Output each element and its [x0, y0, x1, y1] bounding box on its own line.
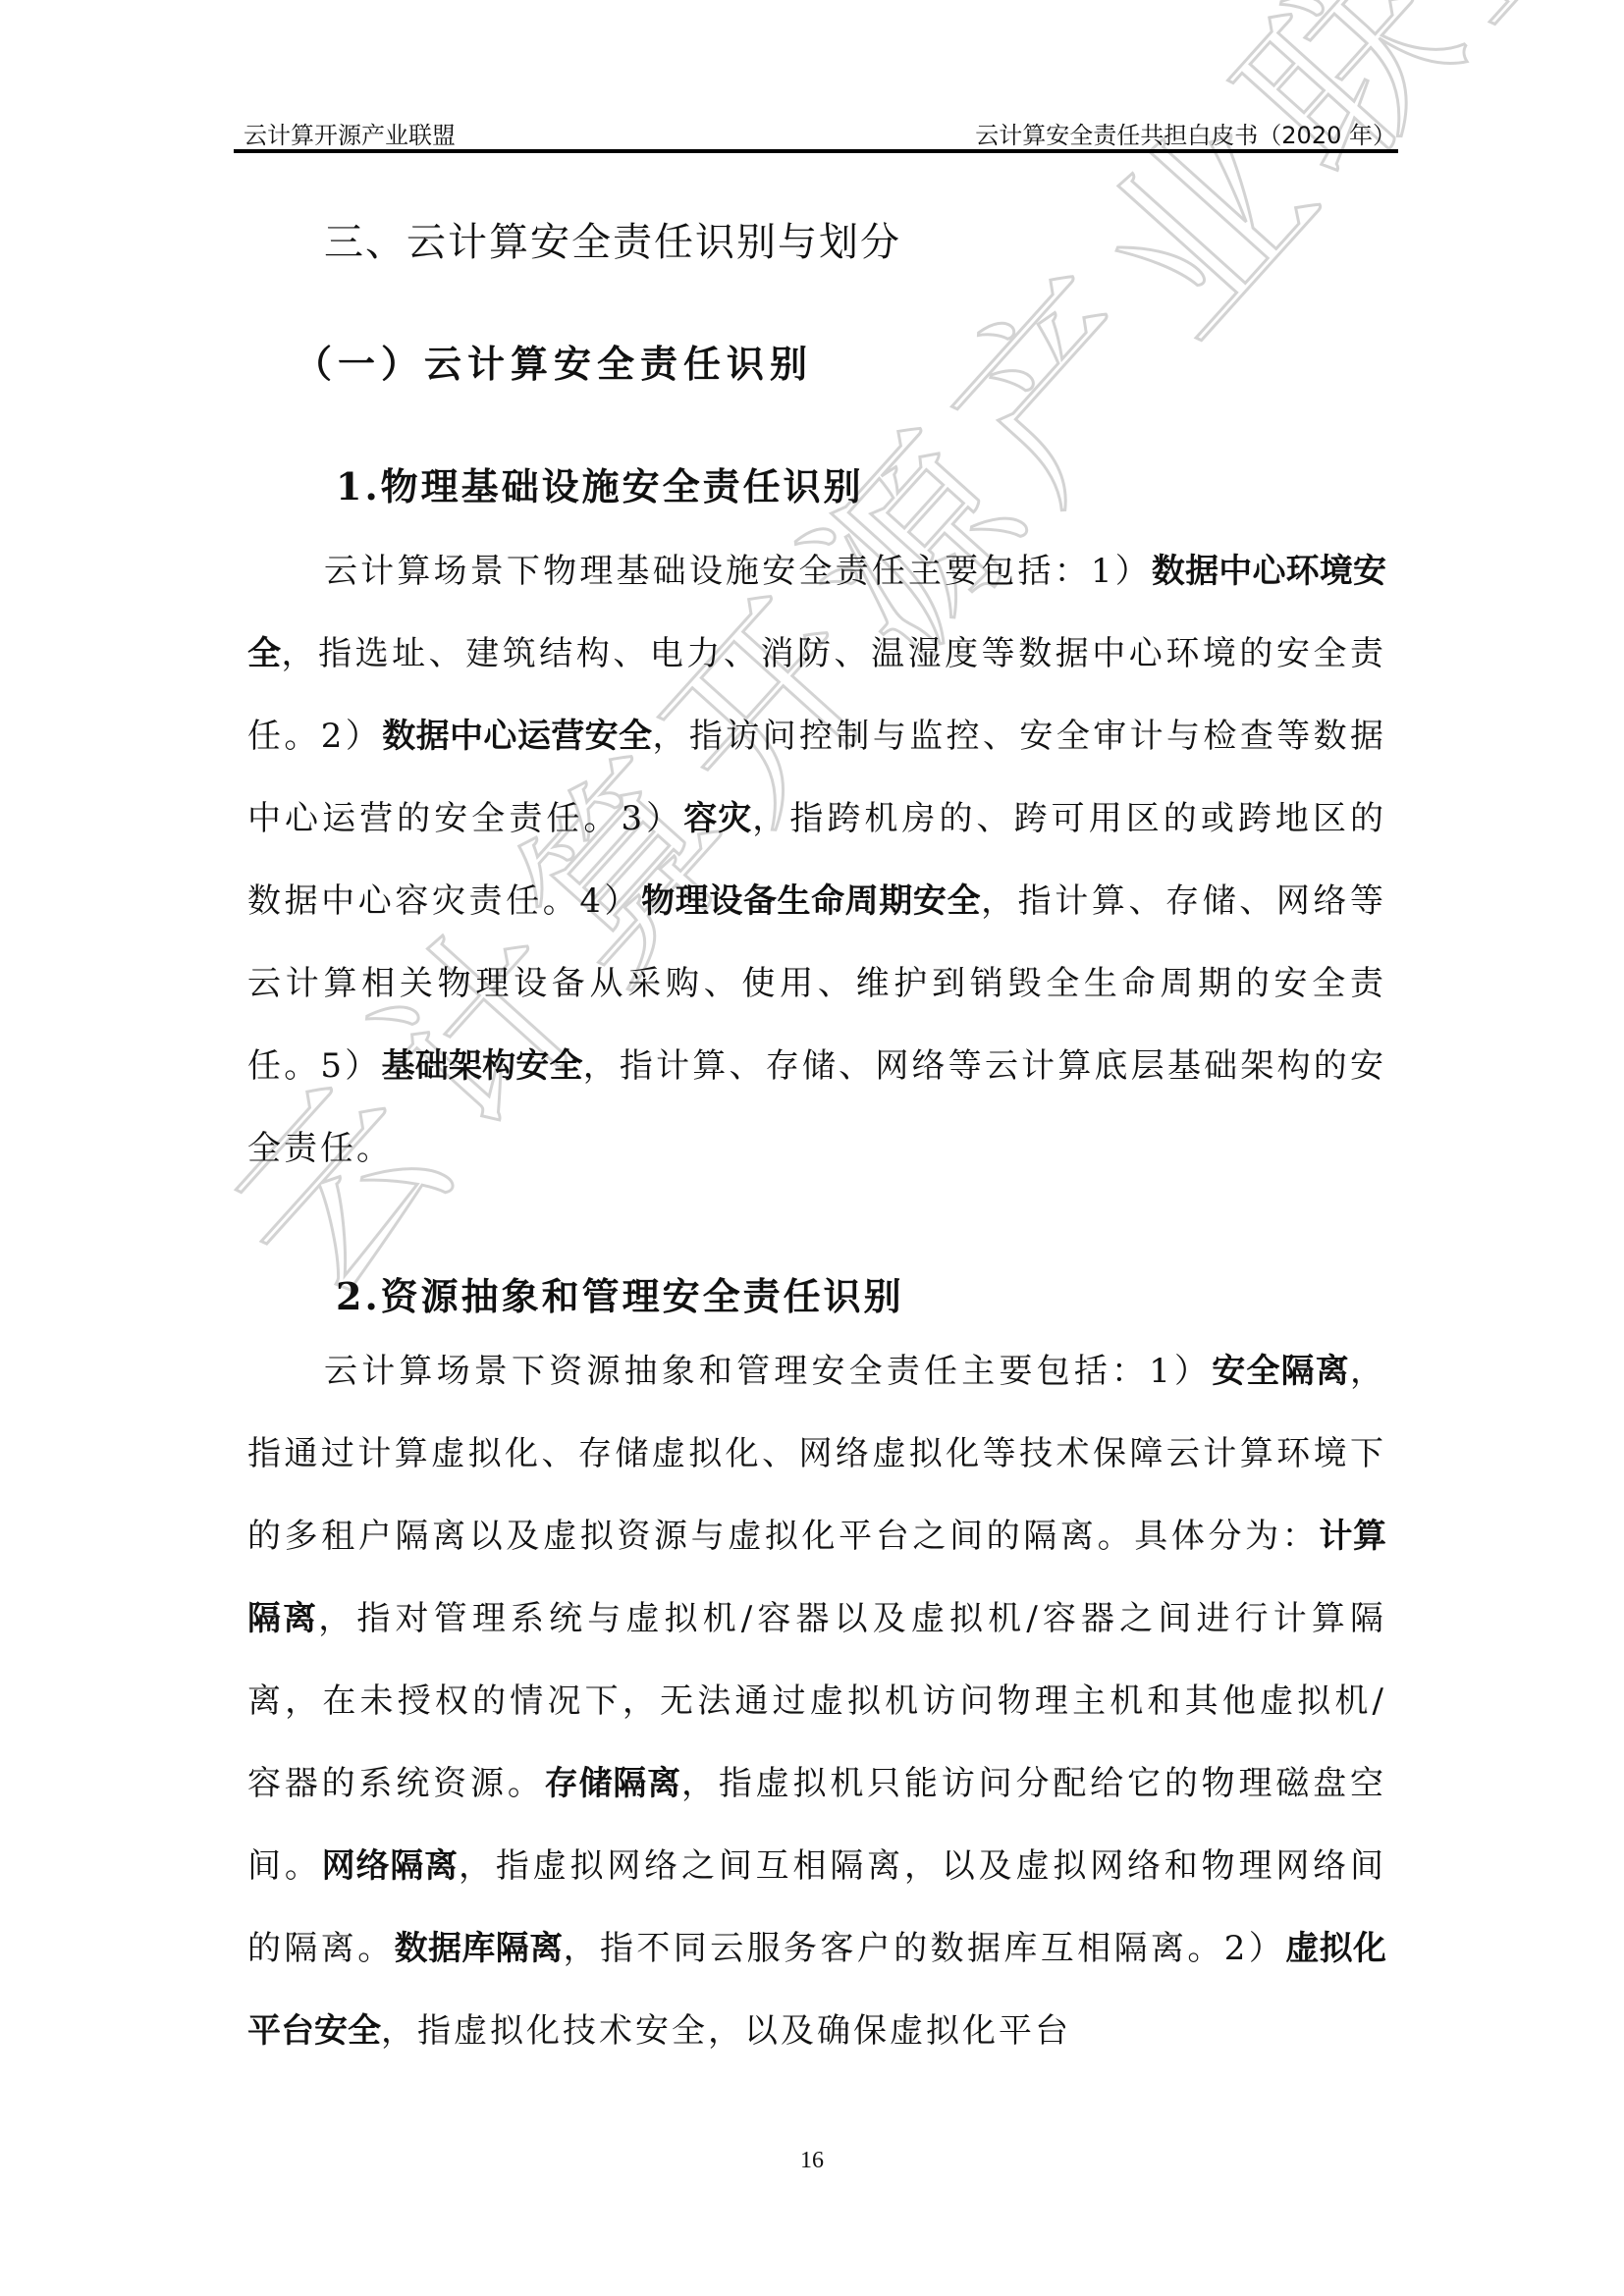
paragraph: 云计算场景下物理基础设施安全责任主要包括：1）数据中心环境安全，指选址、建筑结构…: [247, 530, 1386, 1190]
header-document-title: 云计算安全责任共担白皮书（2020 年）: [975, 116, 1396, 150]
bold-term: 基础架构安全: [381, 1046, 582, 1086]
bold-term: 容灾: [683, 799, 752, 838]
text-run: ，指虚拟化技术安全，以及确保虚拟化平台: [381, 2011, 1071, 2051]
bold-term: 存储隔离: [545, 1764, 681, 1803]
bold-term: 安全隔离: [1212, 1352, 1350, 1391]
text-run: 云计算场景下资源抽象和管理安全责任主要包括：1）: [324, 1352, 1212, 1391]
page-number: 16: [0, 2148, 1624, 2174]
bold-term: 物理设备生命周期安全: [641, 881, 981, 921]
text-run: ，指不同云服务客户的数据库互相隔离。2）: [564, 1929, 1286, 1968]
part1-paragraph: 云计算场景下物理基础设施安全责任主要包括：1）数据中心环境安全，指选址、建筑结构…: [247, 530, 1386, 1190]
paragraph: 云计算场景下资源抽象和管理安全责任主要包括：1）安全隔离，指通过计算虚拟化、存储…: [247, 1330, 1386, 2072]
part2-heading: 2.资源抽象和管理安全责任识别: [336, 1266, 904, 1320]
subsection-title: （一）云计算安全责任识别: [295, 334, 813, 388]
part2-paragraph: 云计算场景下资源抽象和管理安全责任主要包括：1）安全隔离，指通过计算虚拟化、存储…: [247, 1330, 1386, 2072]
bold-term: 数据中心运营安全: [382, 717, 652, 756]
bold-term: 数据库隔离: [395, 1929, 564, 1968]
text-run: 云计算场景下物理基础设施安全责任主要包括：1）: [324, 552, 1152, 591]
part1-heading: 1.物理基础设施安全责任识别: [336, 456, 864, 510]
header-divider: [234, 149, 1398, 153]
section-title: 三、云计算安全责任识别与划分: [324, 211, 901, 267]
header-organization: 云计算开源产业联盟: [244, 116, 456, 150]
bold-term: 网络隔离: [322, 1846, 459, 1886]
